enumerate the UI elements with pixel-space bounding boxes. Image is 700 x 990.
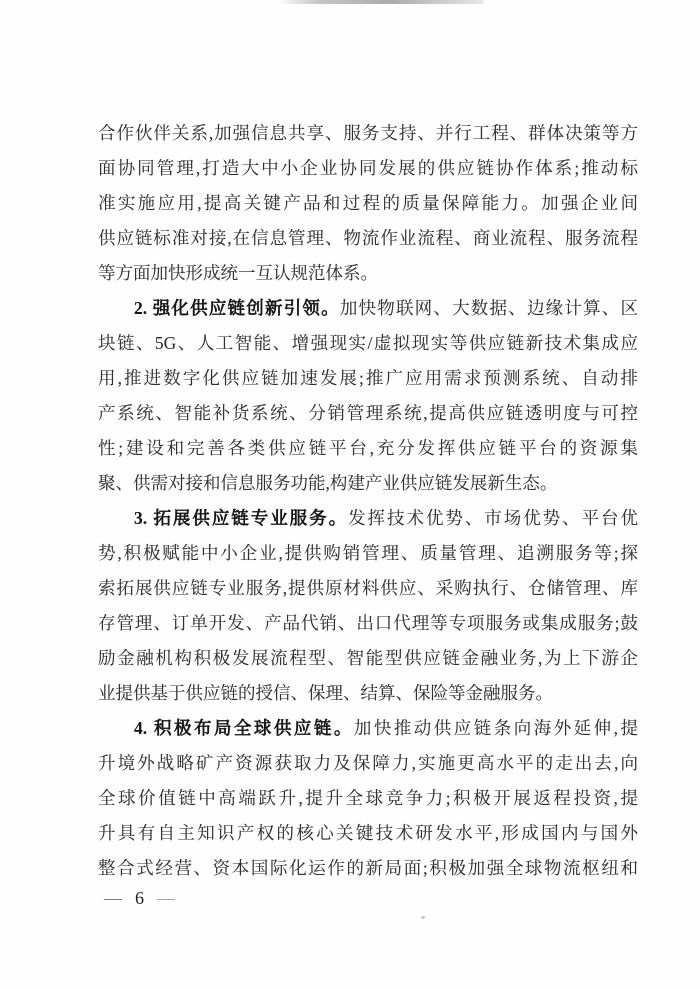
line-text: 加快推动供应链条向海外延伸,提	[354, 718, 638, 738]
line-text: 供应链标准对接,在信息管理、物流作业流程、商业流程、服务流程	[98, 228, 638, 248]
line-text: 加快物联网、大数据、边缘计算、区	[340, 298, 638, 318]
text-line: 性;建设和完善各类供应链平台,充分发挥供应链平台的资源集	[98, 431, 638, 466]
line-text: 升境外战略矿产资源获取力及保障力,实施更高水平的走出去,向	[98, 753, 638, 773]
line-text: 性;建设和完善各类供应链平台,充分发挥供应链平台的资源集	[98, 438, 638, 458]
text-line: 聚、供需对接和信息服务功能,构建产业供应链发展新生态。	[98, 466, 638, 501]
text-line: 合作伙伴关系,加强信息共享、服务支持、并行工程、群体决策等方	[98, 116, 638, 151]
text-line: 业提供基于供应链的授信、保理、结算、保险等金融服务。	[98, 676, 638, 711]
line-text: 产系统、智能补货系统、分销管理系统,提高供应链透明度与可控	[98, 403, 638, 423]
section-heading-4: 4. 积极布局全球供应链。	[134, 718, 354, 738]
line-text: 势,积极赋能中小企业,提供购销管理、质量管理、追溯服务等;探	[98, 543, 638, 563]
text-line: 产系统、智能补货系统、分销管理系统,提高供应链透明度与可控	[98, 396, 638, 431]
page-footer: — 6 —	[104, 882, 175, 914]
line-text: 索拓展供应链专业服务,提供原材料供应、采购执行、仓储管理、库	[98, 578, 638, 598]
text-line: 面协同管理,打造大中小企业协同发展的供应链协作体系;推动标	[98, 151, 638, 186]
section-heading-2: 2. 强化供应链创新引领。	[134, 298, 340, 318]
text-line: 索拓展供应链专业服务,提供原材料供应、采购执行、仓储管理、库	[98, 571, 638, 606]
line-text: 存管理、订单开发、产品代销、出口代理等专项服务或集成服务;鼓	[98, 613, 638, 633]
text-line: 块链、5G、人工智能、增强现实/虚拟现实等供应链新技术集成应	[98, 326, 638, 361]
text-line: 升境外战略矿产资源获取力及保障力,实施更高水平的走出去,向	[98, 746, 638, 781]
line-text: 等方面加快形成统一互认规范体系。	[98, 263, 378, 283]
footer-dash-right: —	[157, 888, 175, 909]
text-line: 整合式经营、资本国际化运作的新局面;积极加强全球物流枢纽和	[98, 851, 638, 886]
line-text: 升具有自主知识产权的核心关键技术研发水平,形成国内与国外	[98, 823, 638, 843]
text-line: 升具有自主知识产权的核心关键技术研发水平,形成国内与国外	[98, 816, 638, 851]
line-text: 块链、5G、人工智能、增强现实/虚拟现实等供应链新技术集成应	[98, 333, 638, 353]
line-text: 面协同管理,打造大中小企业协同发展的供应链协作体系;推动标	[98, 158, 638, 178]
text-line: 4. 积极布局全球供应链。加快推动供应链条向海外延伸,提	[98, 711, 638, 746]
line-text: 发挥技术优势、市场优势、平台优	[348, 508, 638, 528]
line-text: 准实施应用,提高关键产品和过程的质量保障能力。加强企业间	[98, 193, 638, 213]
line-text: 全球价值链中高端跃升,提升全球竞争力;积极开展返程投资,提	[98, 788, 638, 808]
text-line: 全球价值链中高端跃升,提升全球竞争力;积极开展返程投资,提	[98, 781, 638, 816]
text-line: 势,积极赋能中小企业,提供购销管理、质量管理、追溯服务等;探	[98, 536, 638, 571]
document-body: 合作伙伴关系,加强信息共享、服务支持、并行工程、群体决策等方 面协同管理,打造大…	[98, 116, 638, 886]
text-line: 2. 强化供应链创新引领。加快物联网、大数据、边缘计算、区	[98, 291, 638, 326]
line-text: 励金融机构积极发展流程型、智能型供应链金融业务,为上下游企	[98, 648, 638, 668]
line-text: 用,推进数字化供应链加速发展;推广应用需求预测系统、自动排	[98, 368, 638, 388]
text-line: 存管理、订单开发、产品代销、出口代理等专项服务或集成服务;鼓	[98, 606, 638, 641]
scanned-document-page: 合作伙伴关系,加强信息共享、服务支持、并行工程、群体决策等方 面协同管理,打造大…	[0, 0, 700, 990]
scan-smudge-artifact	[278, 0, 484, 4]
text-line: 3. 拓展供应链专业服务。发挥技术优势、市场优势、平台优	[98, 501, 638, 536]
line-text: 整合式经营、资本国际化运作的新局面;积极加强全球物流枢纽和	[98, 858, 638, 878]
text-line: 励金融机构积极发展流程型、智能型供应链金融业务,为上下游企	[98, 641, 638, 676]
scan-speck-artifact	[421, 916, 425, 919]
text-line: 用,推进数字化供应链加速发展;推广应用需求预测系统、自动排	[98, 361, 638, 396]
section-heading-3: 3. 拓展供应链专业服务。	[134, 508, 348, 528]
line-text: 业提供基于供应链的授信、保理、结算、保险等金融服务。	[98, 683, 553, 703]
page-number: 6	[135, 888, 144, 909]
line-text: 聚、供需对接和信息服务功能,构建产业供应链发展新生态。	[98, 473, 557, 493]
text-line: 准实施应用,提高关键产品和过程的质量保障能力。加强企业间	[98, 186, 638, 221]
text-line: 供应链标准对接,在信息管理、物流作业流程、商业流程、服务流程	[98, 221, 638, 256]
text-line: 等方面加快形成统一互认规范体系。	[98, 256, 638, 291]
footer-dash-left: —	[104, 888, 122, 909]
line-text: 合作伙伴关系,加强信息共享、服务支持、并行工程、群体决策等方	[98, 123, 638, 143]
